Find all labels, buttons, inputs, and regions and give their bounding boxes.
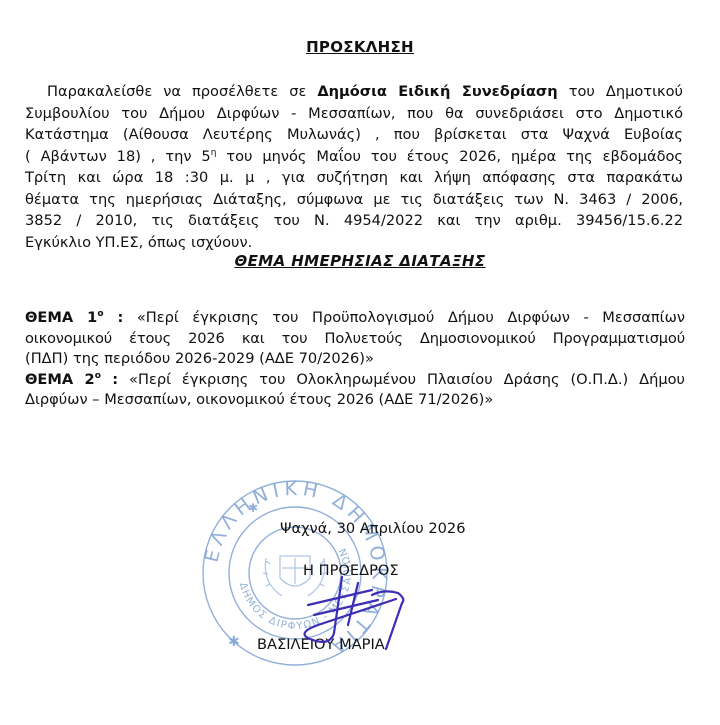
body-line: Κατάστημα (Αίθουσα Λευτέρης Μυλωνάς) , π… [25, 124, 683, 146]
body-line: Συμβουλίου του Δήμου Διρφύων - Μεσσαπίων… [25, 103, 683, 125]
body-line: 3852 / 2010, τις διατάξεις του Ν. 4954/2… [25, 210, 683, 232]
body-line: Τρίτη και ώρα 18 :30 μ. μ , για συζήτηση… [25, 167, 683, 189]
svg-text:✱: ✱ [228, 634, 240, 650]
agenda-item-2: ΘΕΜΑ 2ο : «Περί έγκρισης του Ολοκληρωμέν… [25, 370, 685, 391]
body-line: θέματα της ημερήσιας Διάταξης, σύμφωνα μ… [25, 189, 683, 211]
invitation-body: Παρακαλείσθε να προσέλθετε σε Δημόσια Ει… [25, 81, 683, 253]
place-date: Ψαχνά, 30 Απριλίου 2026 [280, 520, 466, 537]
body-line: ( Αβάντων 18) , την 5η του μηνός Μαΐου τ… [25, 146, 683, 168]
document-title: ΠΡΟΣΚΛΗΣΗ [0, 38, 720, 56]
agenda-item-label: ΘΕΜΑ 2ο : [25, 371, 118, 388]
handwritten-signature-icon [300, 575, 410, 650]
agenda-item-1-line: (ΠΔΠ) της περιόδου 2026-2029 (ΑΔΕ 70/202… [25, 349, 685, 370]
agenda-title: ΘΕΜΑ ΗΜΕΡΗΣΙΑΣ ΔΙΑΤΑΞΗΣ [0, 252, 720, 270]
agenda-item-label: ΘΕΜΑ 1ο : [25, 309, 123, 326]
svg-text:✱: ✱ [248, 501, 258, 515]
agenda-item-2-line: Διρφύων – Μεσσαπίων, οικονομικού έτους 2… [25, 390, 685, 411]
agenda-item-1-line: οικονομικού έτους 2026 και του Πολυετούς… [25, 329, 685, 350]
agenda-items: ΘΕΜΑ 1ο : «Περί έγκρισης του Προϋπολογισ… [25, 308, 685, 411]
agenda-item-1: ΘΕΜΑ 1ο : «Περί έγκρισης του Προϋπολογισ… [25, 308, 685, 329]
body-line: Παρακαλείσθε να προσέλθετε σε Δημόσια Ει… [25, 81, 683, 103]
meeting-type: Δημόσια Ειδική Συνεδρίαση [317, 83, 557, 100]
body-line: Εγκύκλιο ΥΠ.ΕΣ, όπως ισχύουν. [25, 232, 683, 254]
